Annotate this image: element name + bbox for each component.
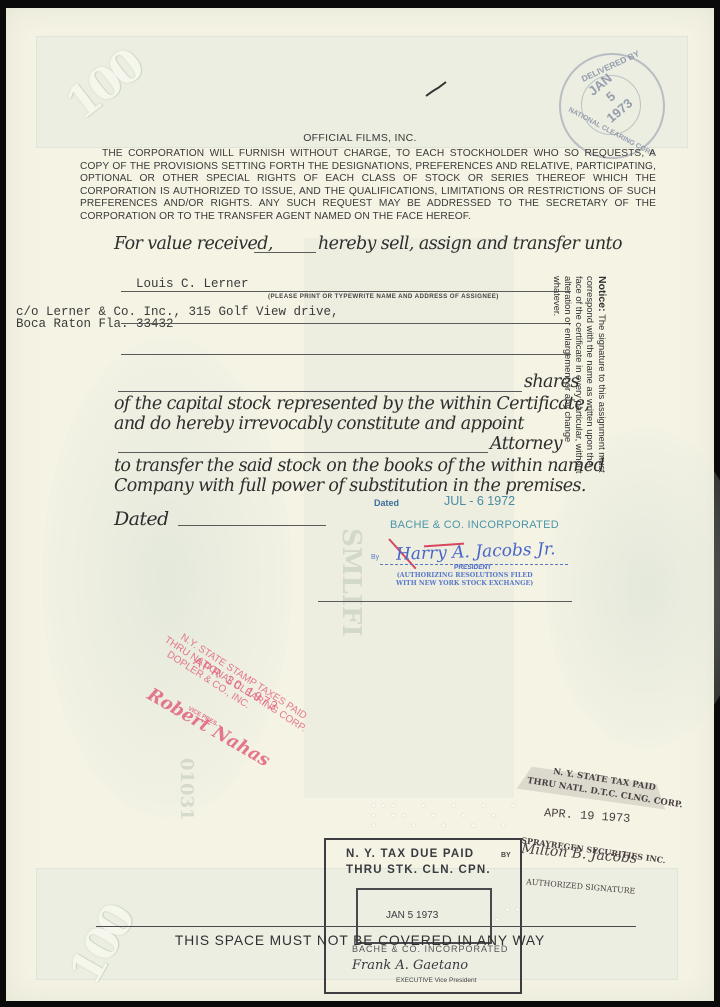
assignee-caption: (PLEASE PRINT OR TYPEWRITE NAME AND ADDR… — [268, 293, 499, 300]
dated-label: Dated — [114, 508, 169, 530]
bache-authorization-note: (AUTHORIZING RESOLUTIONS FILED WITH NEW … — [396, 572, 533, 588]
tax-stamp-date: JAN 5 1973 — [386, 910, 438, 921]
rights-legend: THE CORPORATION WILL FURNISH WITHOUT CHA… — [80, 148, 656, 224]
blank-line-3 — [121, 354, 571, 355]
bache-note-line-2: WITH NEW YORK STOCK EXCHANGE) — [396, 580, 533, 588]
ny-tax-due-paid-stamp: N. Y. TAX DUE PAID THRU STK. CLN. CPN. J… — [324, 838, 522, 994]
bache-title: PRESIDENT — [454, 564, 491, 571]
tax-stamp-line-2: THRU STK. CLN. CPN. — [346, 864, 491, 876]
address-line-2[interactable]: Boca Raton Fla. 33432 — [16, 317, 174, 331]
assignee-name[interactable]: Louis C. Lerner — [136, 277, 249, 291]
bache-signature: Harry A. Jacobs Jr. — [396, 539, 556, 565]
space-must-not-be-covered: THIS SPACE MUST NOT BE COVERED IN ANY WA… — [6, 933, 714, 948]
blank-assignor[interactable] — [254, 252, 316, 253]
bache-company-name: BACHE & CO. INCORPORATED — [390, 519, 559, 531]
address-line — [121, 323, 571, 324]
footer-rule — [96, 926, 636, 927]
face-text-showthrough: SMLIFI — [336, 528, 366, 637]
bache-note-line-1: (AUTHORIZING RESOLUTIONS FILED — [396, 572, 533, 580]
attorney-label: Attorney — [490, 434, 562, 454]
transfer-line: to transfer the said stock on the books … — [114, 456, 604, 476]
hereby-sell-assign: hereby sell, assign and transfer unto — [318, 234, 622, 254]
bache-dated-label: Dated — [374, 498, 399, 508]
capital-stock-line: of the capital stock represented by the … — [114, 394, 589, 414]
signature-line[interactable] — [318, 601, 572, 602]
face-text-showthrough-2: 01031 — [176, 758, 197, 821]
sprayregen-date: APR. 19 1973 — [544, 806, 631, 826]
for-value-received: For value received, — [114, 234, 273, 254]
tax-stamp-line-1: N. Y. TAX DUE PAID — [346, 848, 474, 860]
certificate-back: 100 100 SMLIFI 01031 DELIVERED BY NATION… — [6, 8, 714, 1001]
company-power-line: Company with full power of substitution … — [114, 476, 586, 496]
attorney-line[interactable] — [118, 452, 488, 453]
tax-stamp-title: EXECUTIVE Vice President — [396, 977, 476, 984]
signature-notice: Notice: The signature to this assignment… — [574, 276, 608, 476]
notice-label: Notice: — [596, 276, 608, 312]
bache-by-label: By — [371, 554, 379, 561]
engraved-column — [304, 238, 514, 798]
assignee-line — [121, 291, 571, 292]
shares-line[interactable] — [118, 391, 522, 392]
constitute-line: and do hereby irrevocably constitute and… — [114, 414, 524, 434]
tax-stamp-signature: Frank A. Gaetano — [352, 958, 468, 973]
bache-date: JUL - 6 1972 — [444, 494, 515, 508]
company-name: OFFICIAL FILMS, INC. — [6, 132, 714, 144]
ink-mark — [424, 80, 448, 98]
dated-line[interactable] — [178, 525, 326, 526]
